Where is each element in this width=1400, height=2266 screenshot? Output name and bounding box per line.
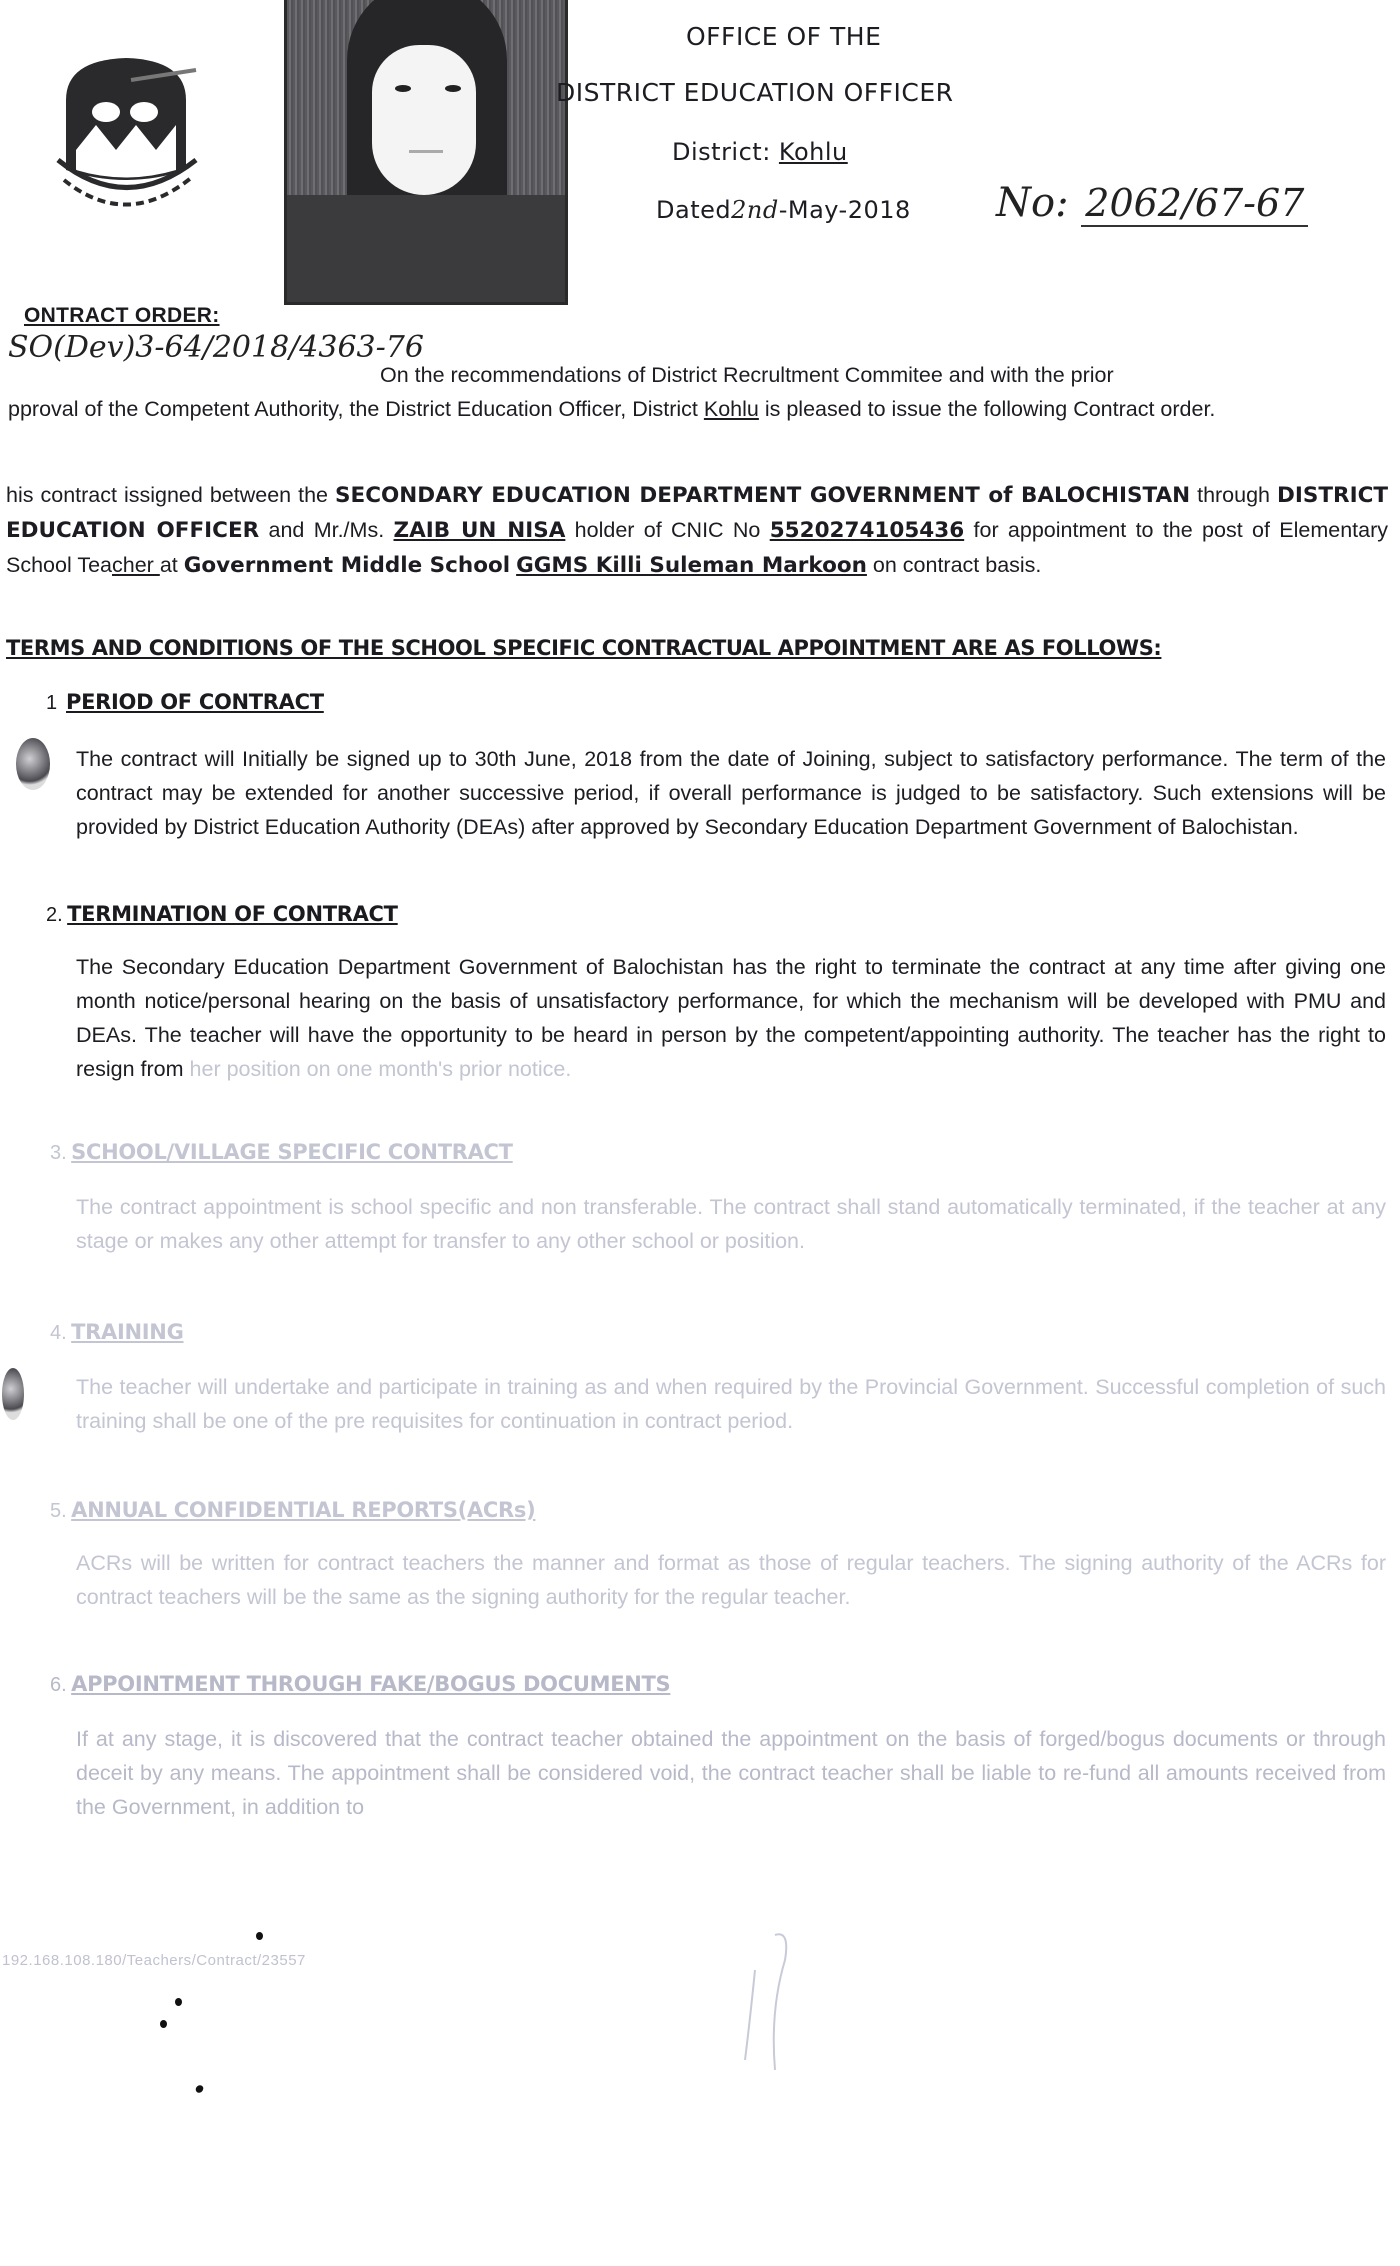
section-5-text: ACRs will be written for contract teache… bbox=[76, 1546, 1386, 1614]
district-emblem-icon bbox=[36, 40, 226, 230]
faint-signature-icon bbox=[730, 1930, 810, 2080]
section-1-text: The contract will Initially be signed up… bbox=[76, 742, 1386, 844]
section-6-heading: 6. APPOINTMENT THROUGH FAKE/BOGUS DOCUME… bbox=[50, 1672, 670, 1697]
contract-order-heading: ONTRACT ORDER: bbox=[24, 304, 220, 328]
section-4-heading: 4. TRAINING bbox=[50, 1320, 184, 1345]
print-footer-id: 192.168.108.180/Teachers/Contract/23557 bbox=[2, 1952, 306, 1969]
district-value: Kohlu bbox=[779, 138, 848, 166]
reference-number-value: 2062/67-67 bbox=[1081, 181, 1308, 227]
section-6-text: If at any stage, it is discovered that t… bbox=[76, 1722, 1386, 1824]
section-2-heading: 2. TERMINATION OF CONTRACT bbox=[46, 902, 398, 927]
parties-paragraph: his contract issigned between the SECOND… bbox=[6, 478, 1388, 583]
office-title: DISTRICT EDUCATION OFFICER bbox=[556, 78, 954, 107]
district-line: District: Kohlu bbox=[672, 138, 848, 166]
scan-speck bbox=[160, 2020, 167, 2028]
scan-speck bbox=[256, 1932, 263, 1940]
scan-speck bbox=[194, 2084, 205, 2095]
cnic-number: 5520274105436 bbox=[770, 518, 964, 543]
section-2-text: The Secondary Education Department Gover… bbox=[76, 950, 1386, 1086]
intro-paragraph: On the recommendations of District Recru… bbox=[8, 358, 1388, 426]
applicant-photo bbox=[284, 0, 568, 305]
scan-speck bbox=[175, 1998, 182, 2006]
terms-heading: TERMS AND CONDITIONS OF THE SCHOOL SPECI… bbox=[6, 636, 1161, 660]
section-4-text: The teacher will undertake and participa… bbox=[76, 1370, 1386, 1438]
school-name: GGMS Killi Suleman Markoon bbox=[516, 553, 867, 578]
reference-number: No: 2062/67-67 bbox=[996, 180, 1308, 226]
handwritten-day: 2nd bbox=[731, 196, 779, 224]
office-heading: OFFICE OF THE bbox=[686, 22, 881, 51]
section-5-heading: 5. ANNUAL CONFIDENTIAL REPORTS(ACRs) bbox=[50, 1498, 535, 1523]
punch-hole-icon bbox=[16, 738, 50, 790]
teacher-name: ZAIB UN NISA bbox=[394, 518, 566, 543]
section-3-heading: 3. SCHOOL/VILLAGE SPECIFIC CONTRACT bbox=[50, 1140, 513, 1165]
section-3-text: The contract appointment is school speci… bbox=[76, 1190, 1386, 1258]
section-1-heading: 1 PERIOD OF CONTRACT bbox=[46, 690, 324, 715]
punch-hole-icon bbox=[2, 1368, 24, 1420]
dated-line: Dated2nd-May-2018 bbox=[656, 196, 911, 224]
